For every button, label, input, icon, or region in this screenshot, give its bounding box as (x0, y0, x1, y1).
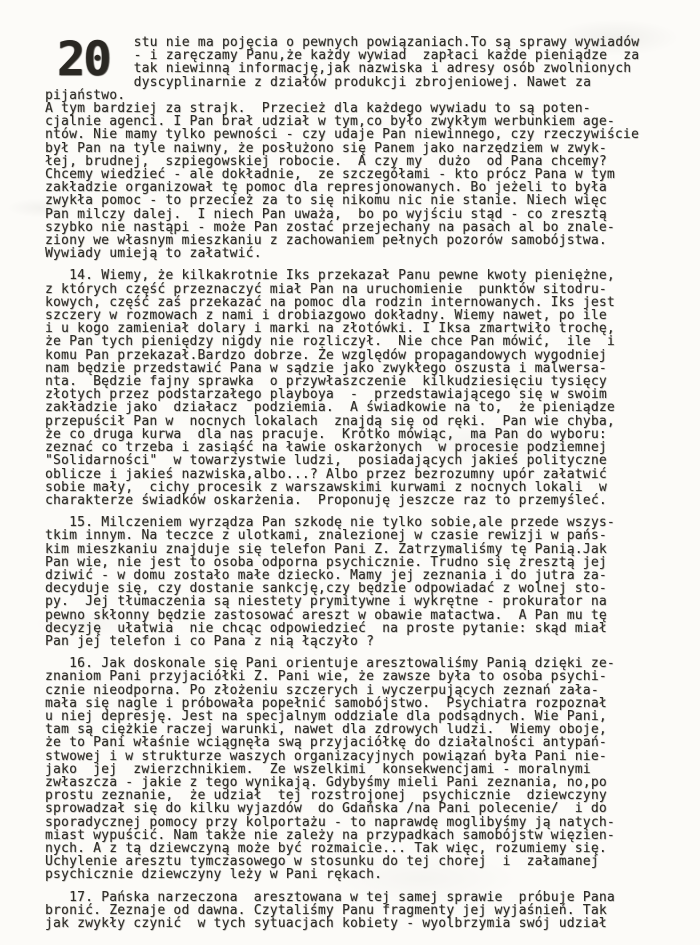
page-number: 20 (57, 41, 110, 79)
paragraph-point-17: 17. Pańska narzeczona aresztowana w tej … (45, 891, 664, 931)
paragraph-point-16: 16. Jak doskonale się Pani orientuje are… (45, 657, 664, 881)
paragraph-point-15: 15. Milczeniem wyrządza Pan szkodę nie t… (45, 516, 664, 648)
paragraph-point-14: 14. Wiemy, że kilkakrotnie Iks przekazał… (45, 269, 664, 507)
paragraph-continuation: stu nie ma pojęcia o pewnych powiązaniac… (45, 36, 664, 260)
document-page: 20 stu nie ma pojęcia o pewnych powiązan… (0, 0, 700, 945)
